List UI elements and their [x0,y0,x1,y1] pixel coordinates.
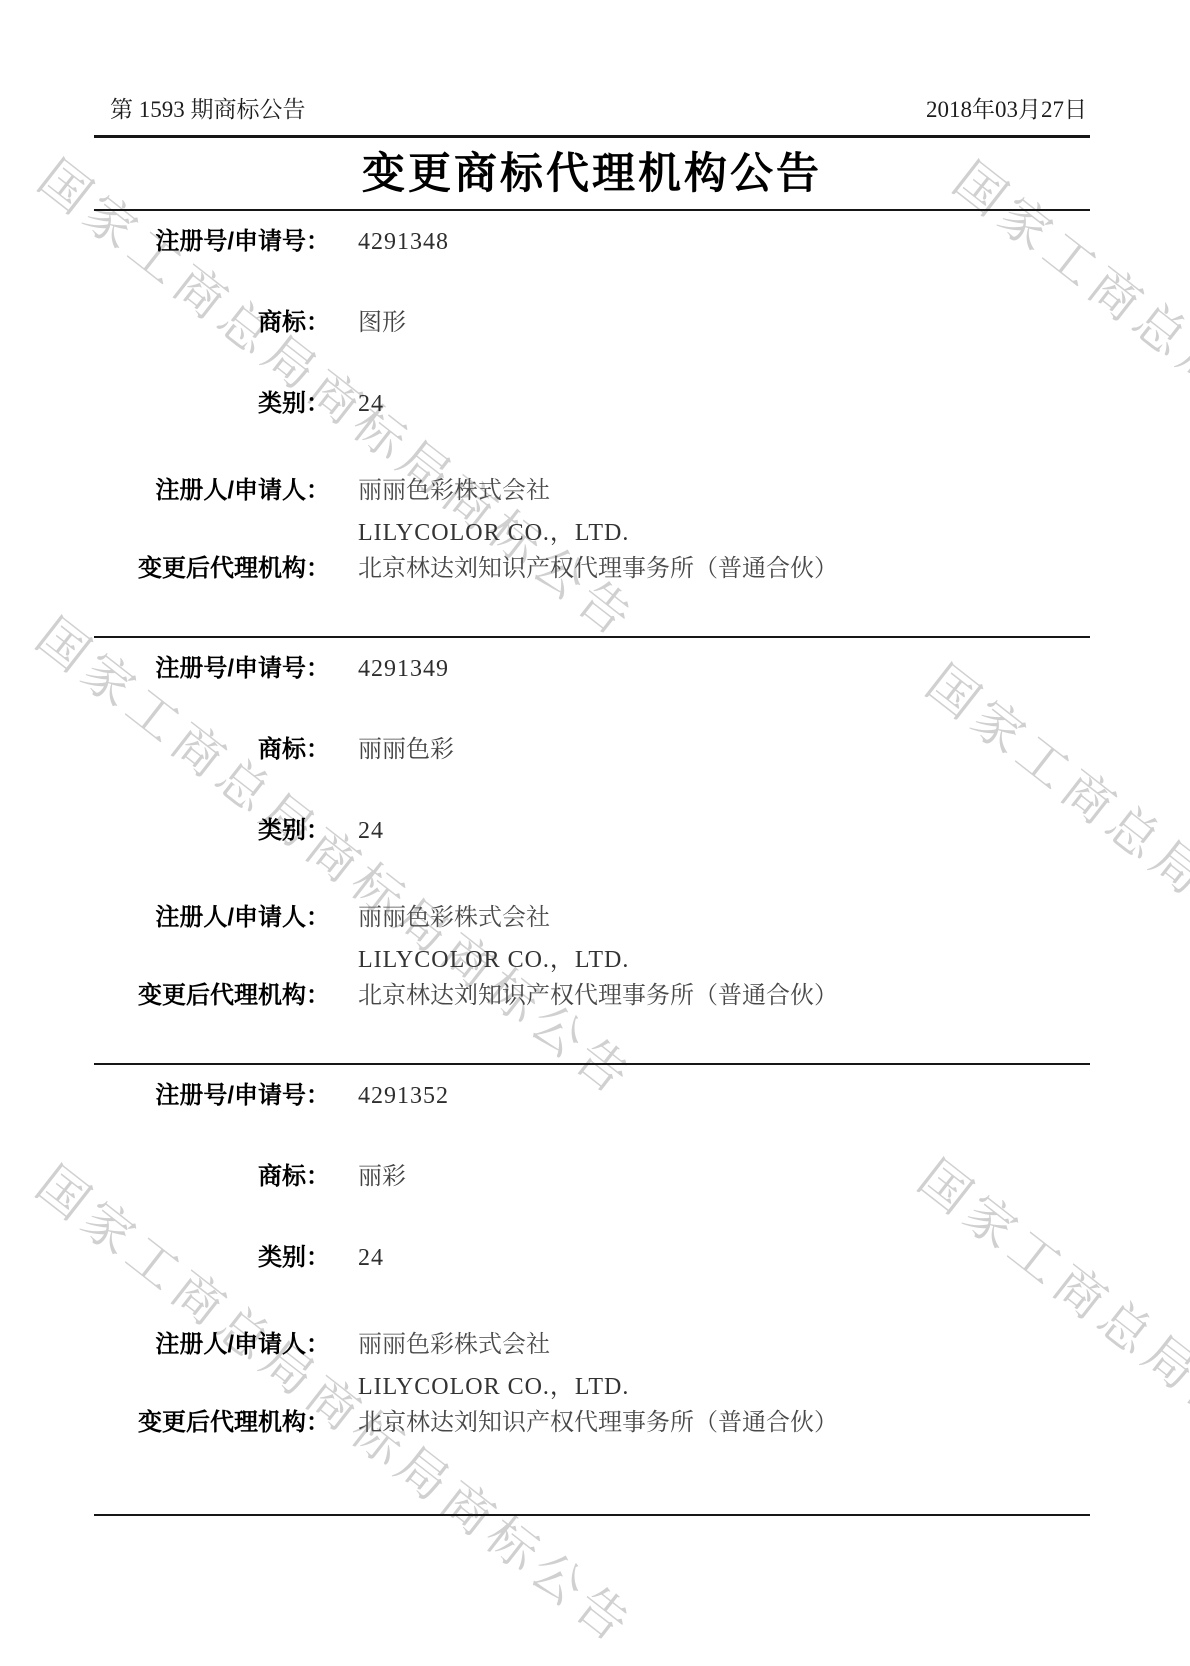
agency-row: 变更后代理机构： 北京林达刘知识产权代理事务所（普通合伙） [94,554,1090,584]
trademark-row: 商标： 图形 [94,308,1090,338]
category-label: 类别： [94,1243,330,1273]
trademark-row: 商标： 丽彩 [94,1162,1090,1192]
applicant-value: 丽丽色彩株式会社 LILYCOLOR CO.，LTD. [358,897,629,981]
registration-number-value: 4291352 [358,1081,449,1111]
applicant-value: 丽丽色彩株式会社 LILYCOLOR CO.，LTD. [358,470,629,554]
category-label: 类别： [94,816,330,846]
applicant-name-en: LILYCOLOR CO.，LTD. [358,939,629,981]
category-value: 24 [358,816,384,846]
applicant-name-cn: 丽丽色彩株式会社 [358,470,629,512]
applicant-row: 注册人/申请人： 丽丽色彩株式会社 LILYCOLOR CO.，LTD. [94,470,1090,554]
page-content: 第 1593 期商标公告 2018年03月27日 变更商标代理机构公告 注册号/… [94,0,1090,1516]
registration-number-value: 4291349 [358,654,449,684]
agency-value: 北京林达刘知识产权代理事务所（普通合伙） [358,981,838,1011]
agency-row: 变更后代理机构： 北京林达刘知识产权代理事务所（普通合伙） [94,1408,1090,1438]
trademark-label: 商标： [94,1162,330,1192]
applicant-label: 注册人/申请人： [94,897,330,939]
page-header: 第 1593 期商标公告 2018年03月27日 [94,0,1090,138]
trademark-value: 丽彩 [358,1162,406,1192]
category-value: 24 [358,389,384,419]
applicant-label: 注册人/申请人： [94,470,330,512]
applicant-name-en: LILYCOLOR CO.，LTD. [358,1366,629,1408]
category-label: 类别： [94,389,330,419]
category-row: 类别： 24 [94,389,1090,419]
registration-number-label: 注册号/申请号： [94,1081,330,1111]
applicant-name-cn: 丽丽色彩株式会社 [358,897,629,939]
trademark-value: 丽丽色彩 [358,735,454,765]
applicant-name-cn: 丽丽色彩株式会社 [358,1324,629,1366]
registration-number-label: 注册号/申请号： [94,227,330,257]
registration-number-row: 注册号/申请号： 4291349 [94,654,1090,684]
applicant-value: 丽丽色彩株式会社 LILYCOLOR CO.，LTD. [358,1324,629,1408]
registration-number-row: 注册号/申请号： 4291352 [94,1081,1090,1111]
agency-label: 变更后代理机构： [94,554,330,584]
category-row: 类别： 24 [94,1243,1090,1273]
trademark-label: 商标： [94,735,330,765]
trademark-entry: 注册号/申请号： 4291349 商标： 丽丽色彩 类别： 24 注册人/申请人… [94,638,1090,1065]
gazette-issue-number: 第 1593 期商标公告 [110,97,306,123]
trademark-label: 商标： [94,308,330,338]
applicant-row: 注册人/申请人： 丽丽色彩株式会社 LILYCOLOR CO.，LTD. [94,897,1090,981]
gazette-date: 2018年03月27日 [926,97,1087,123]
agency-row: 变更后代理机构： 北京林达刘知识产权代理事务所（普通合伙） [94,981,1090,1011]
trademark-value: 图形 [358,308,406,338]
agency-label: 变更后代理机构： [94,1408,330,1438]
registration-number-value: 4291348 [358,227,449,257]
gazette-page: 国家工商总局商标局商标公告 国家工商总局商标局商标公告 国家工商总局商标局商标公… [0,0,1190,1666]
trademark-entry: 注册号/申请号： 4291348 商标： 图形 类别： 24 注册人/申请人： … [94,211,1090,638]
trademark-entry: 注册号/申请号： 4291352 商标： 丽彩 类别： 24 注册人/申请人： … [94,1065,1090,1516]
applicant-name-en: LILYCOLOR CO.，LTD. [358,512,629,554]
applicant-label: 注册人/申请人： [94,1324,330,1366]
applicant-row: 注册人/申请人： 丽丽色彩株式会社 LILYCOLOR CO.，LTD. [94,1324,1090,1408]
trademark-row: 商标： 丽丽色彩 [94,735,1090,765]
agency-value: 北京林达刘知识产权代理事务所（普通合伙） [358,1408,838,1438]
category-row: 类别： 24 [94,816,1090,846]
agency-value: 北京林达刘知识产权代理事务所（普通合伙） [358,554,838,584]
registration-number-row: 注册号/申请号： 4291348 [94,227,1090,257]
announcement-title: 变更商标代理机构公告 [94,138,1090,211]
registration-number-label: 注册号/申请号： [94,654,330,684]
category-value: 24 [358,1243,384,1273]
agency-label: 变更后代理机构： [94,981,330,1011]
